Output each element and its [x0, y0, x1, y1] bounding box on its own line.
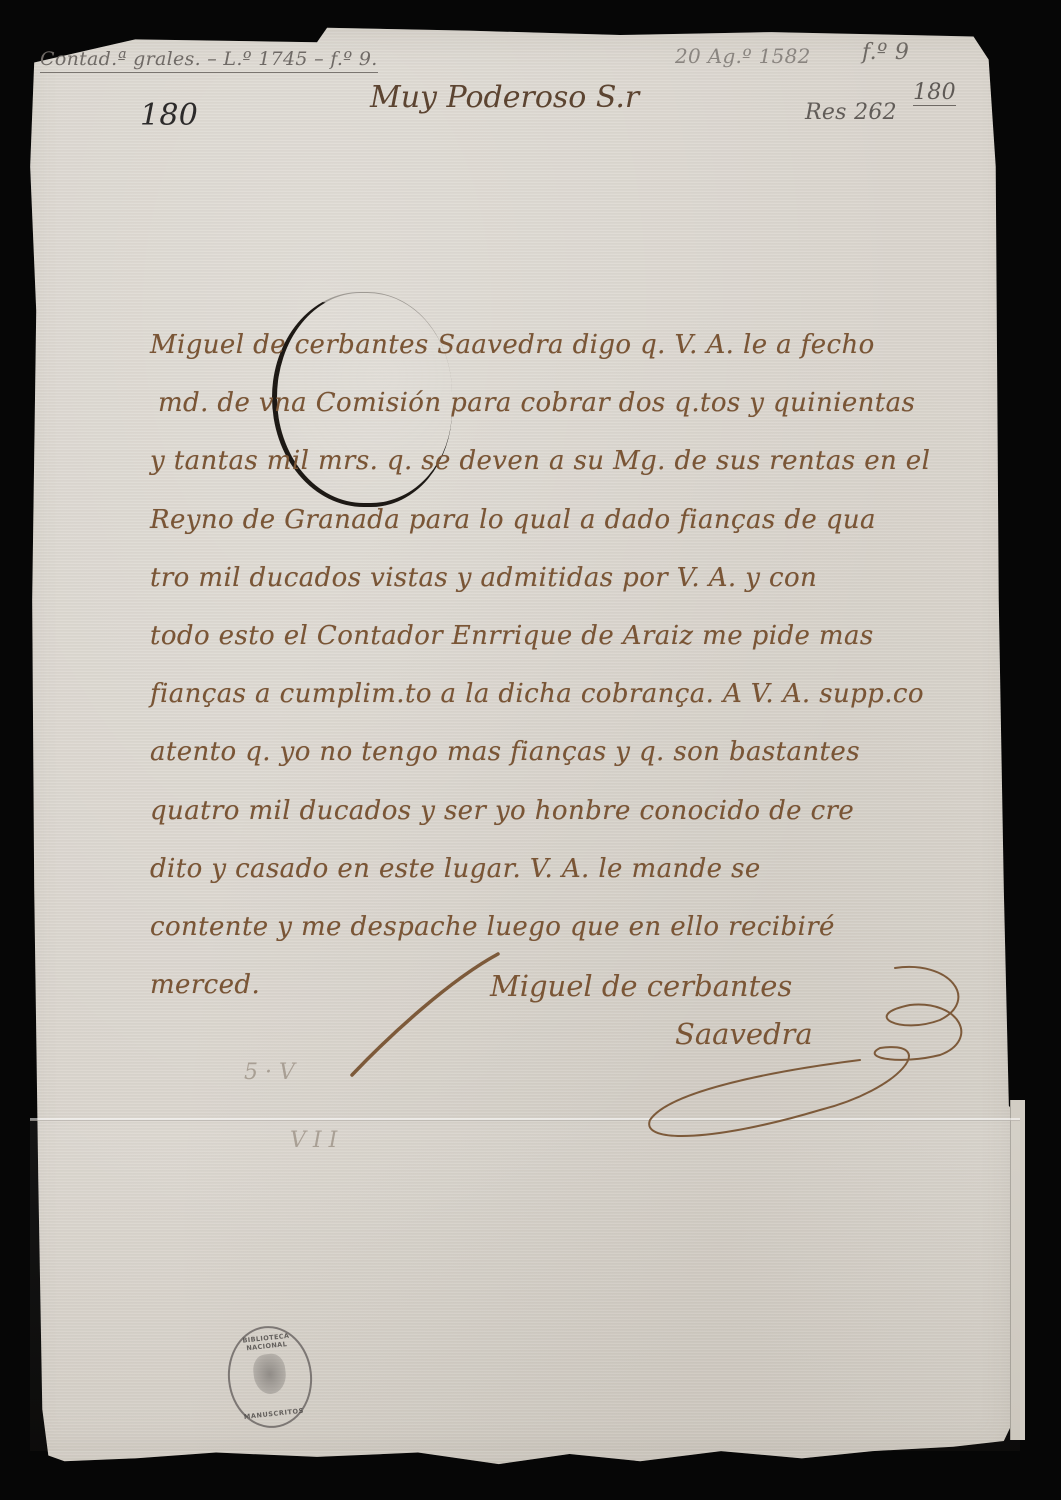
signature-line-1: Miguel de cerbantes: [490, 969, 792, 1003]
coat-of-arms-icon: [252, 1352, 288, 1395]
faint-mark: 5 · V: [244, 1060, 295, 1085]
letter-line: Reyno de Granada para lo qual a dado fia…: [150, 505, 1030, 563]
faint-mark: V I I: [290, 1128, 337, 1153]
letter-line: dito y casado en este lugar. V. A. le ma…: [150, 854, 1030, 912]
letter-line: Miguel de cerbantes Saavedra digo q. V. …: [150, 330, 1030, 388]
letter-body: Miguel de cerbantes Saavedra digo q. V. …: [150, 330, 1030, 1028]
paper-lower-fold: [30, 1121, 1020, 1451]
letter-line: fianças a cumplim.to a la dicha cobrança…: [150, 679, 1030, 737]
letter-line: atento q. yo no tengo mas fianças y q. s…: [150, 737, 1030, 795]
archive-folio-number-left: 180: [140, 98, 198, 133]
letter-line: tro mil ducados vistas y admitidas por V…: [150, 563, 1030, 621]
archive-folio-number-right: 180: [913, 80, 956, 106]
letter-line: quatro mil ducados y ser yo honbre conoc…: [150, 796, 1030, 854]
archive-reference-note: Contad.ª grales. – L.º 1745 – f.º 9.: [40, 48, 378, 73]
archive-folio-note: f.º 9: [862, 40, 909, 65]
letter-signature: Miguel de cerbantes Saavedra: [490, 962, 813, 1058]
letter-line: todo esto el Contador Enrrique de Araiz …: [150, 621, 1030, 679]
letter-line: y tantas mil mrs. q. se deven a su Mg. d…: [150, 446, 1030, 504]
signature-line-2: Saavedra: [490, 1010, 813, 1058]
archive-date-note: 20 Ag.º 1582: [675, 44, 811, 68]
archive-res-note: Res 262: [805, 100, 897, 125]
letter-salutation: Muy Poderoso S.r: [370, 80, 639, 115]
document-viewer: Contad.ª grales. – L.º 1745 – f.º 9. 180…: [0, 0, 1061, 1500]
letter-line: md. de vna Comisión para cobrar dos q.to…: [150, 388, 1030, 446]
